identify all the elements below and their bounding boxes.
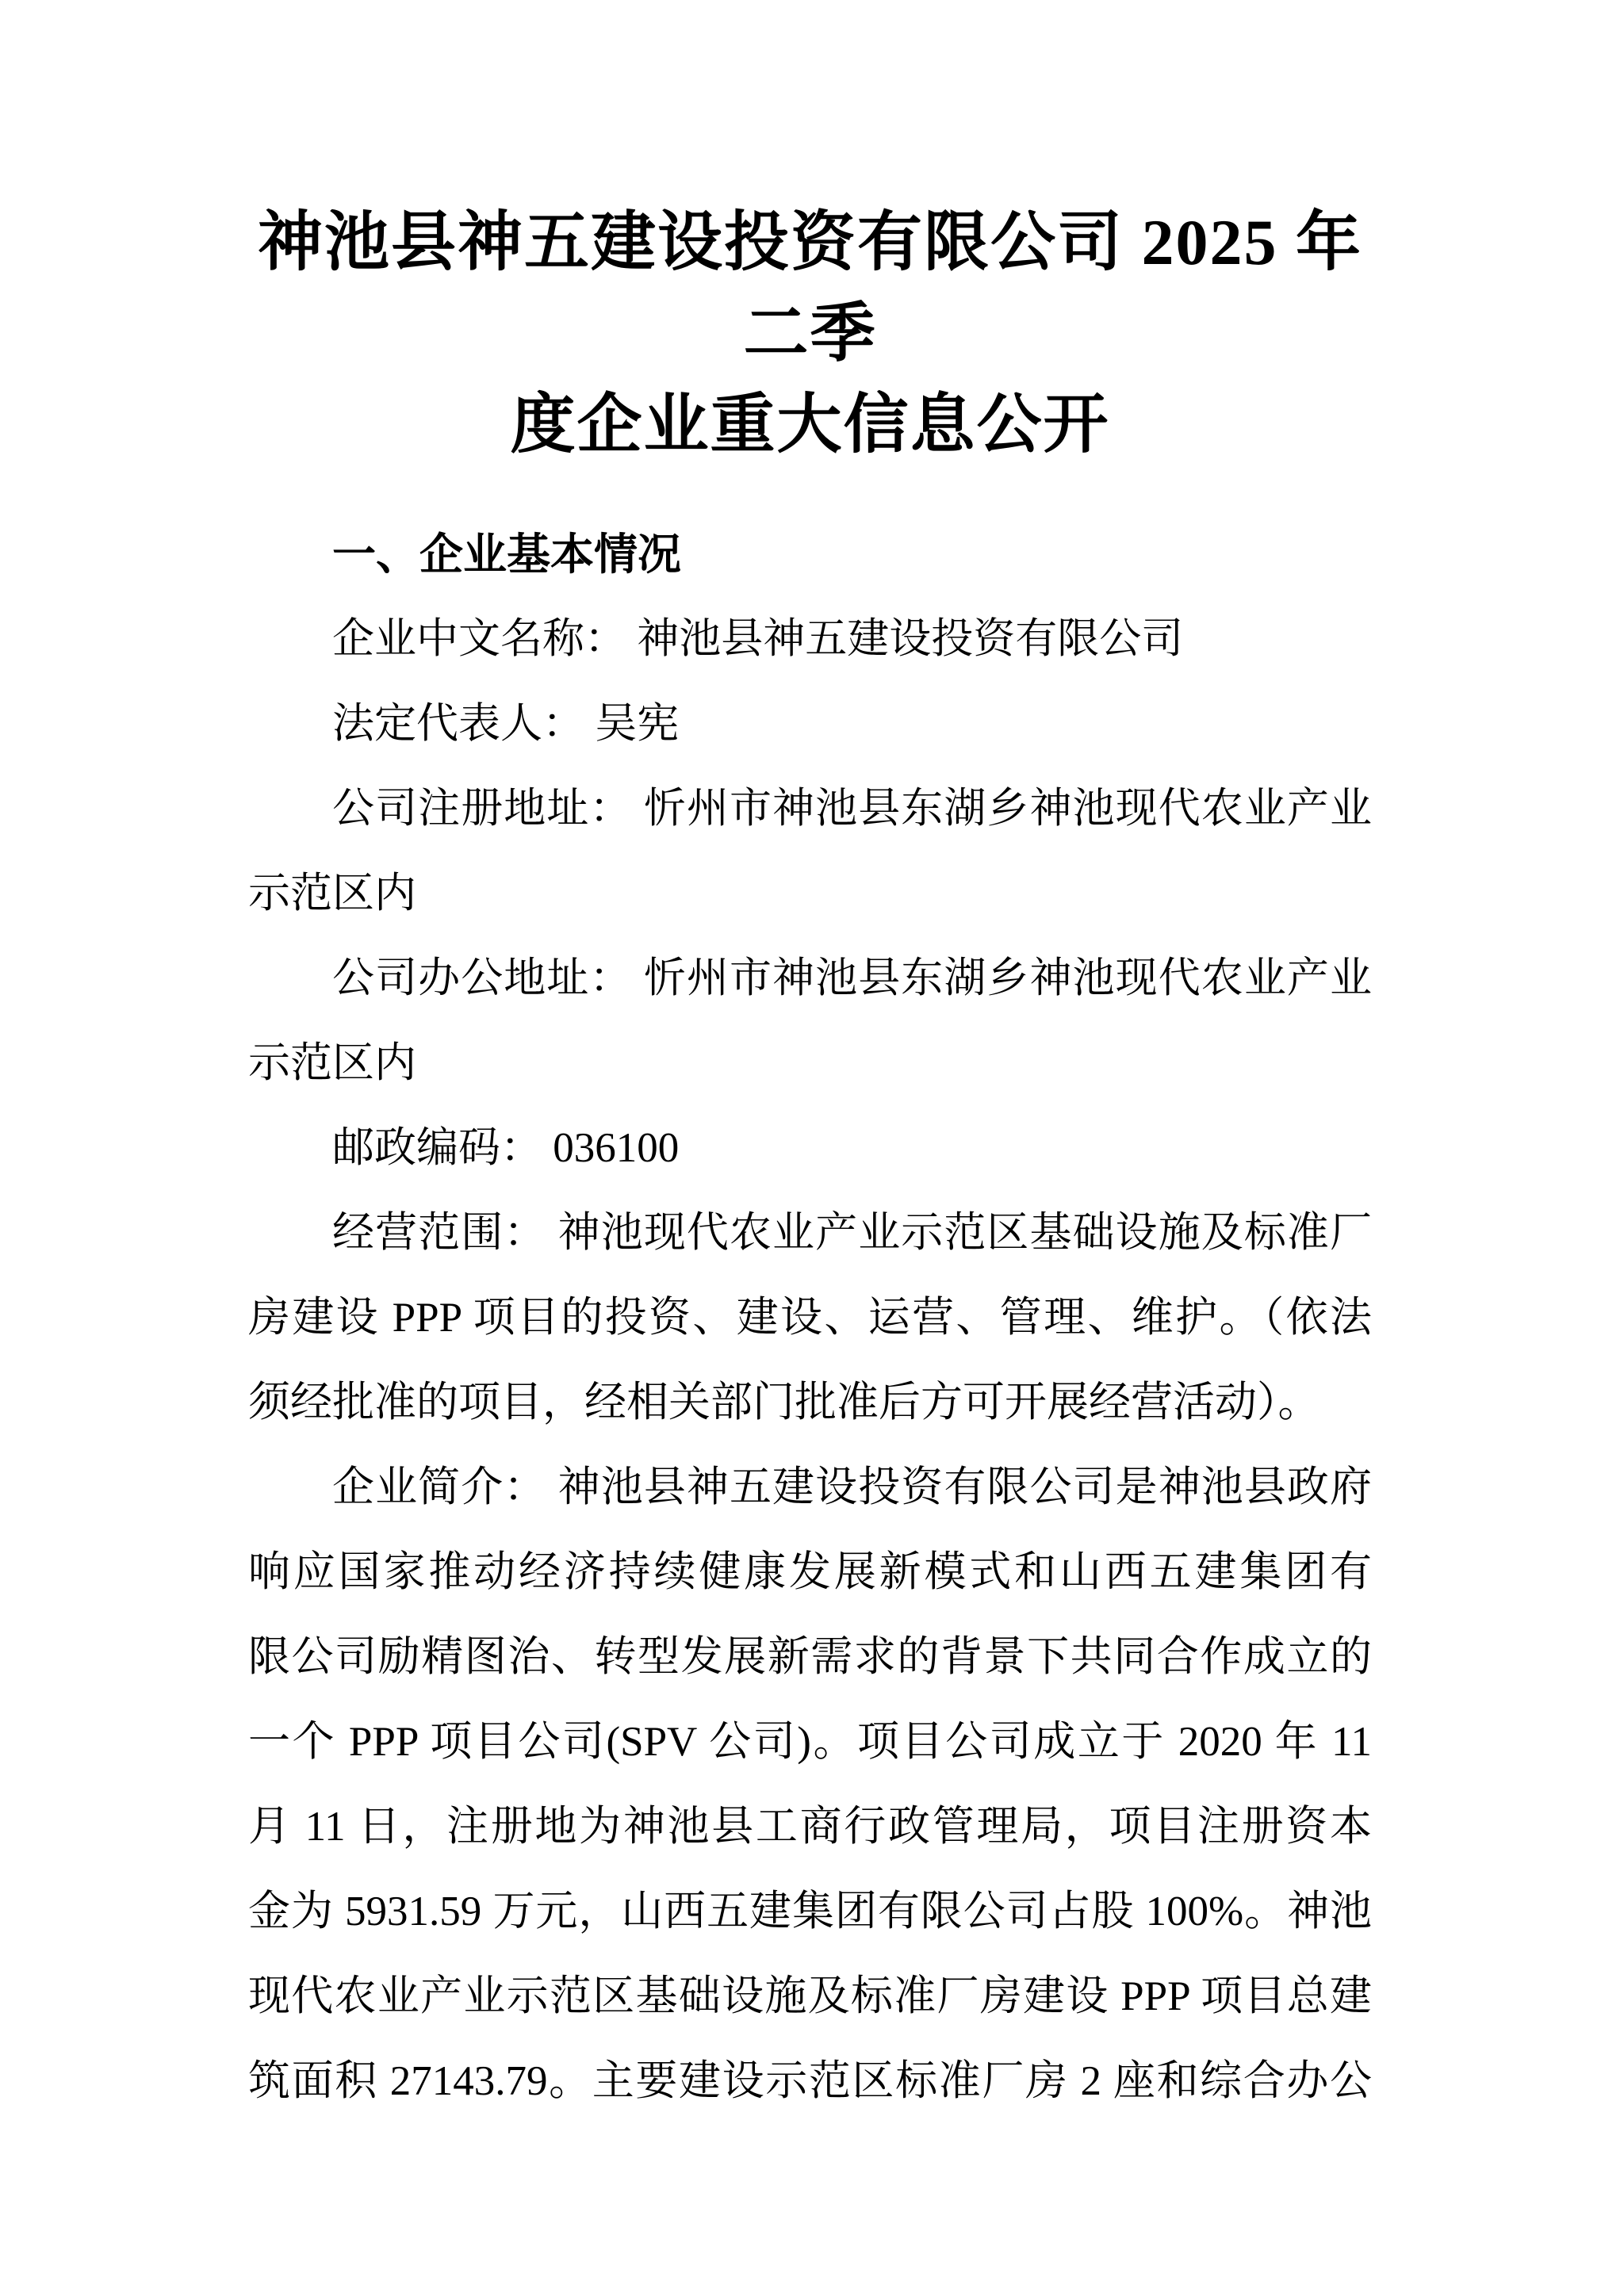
body-line: 公司办公地址： 忻州市神池县东湖乡神池现代农业产业 [248, 936, 1372, 1021]
document-content: 神池县神五建设投资有限公司 2025 年二季 度企业重大信息公开 一、企业基本情… [248, 0, 1372, 2124]
body-line: 示范区内 [248, 1021, 1372, 1106]
document-body: 企业中文名称： 神池县神五建设投资有限公司法定代表人： 吴宪公司注册地址： 忻州… [248, 597, 1372, 2124]
body-line: 房建设 PPP 项目的投资、建设、运营、管理、维护。（依法 [248, 1276, 1372, 1360]
body-line: 邮政编码： 036100 [248, 1106, 1372, 1191]
body-line: 响应国家推动经济持续健康发展新模式和山西五建集团有 [248, 1530, 1372, 1615]
document-title-line-2: 度企业重大信息公开 [248, 379, 1372, 470]
body-line: 企业中文名称： 神池县神五建设投资有限公司 [248, 597, 1372, 682]
body-line: 筑面积 27143.79。主要建设示范区标准厂房 2 座和综合办公 [248, 2039, 1372, 2124]
body-line: 须经批准的项目，经相关部门批准后方可开展经营活动）。 [248, 1360, 1372, 1445]
body-line: 示范区内 [248, 851, 1372, 936]
body-line: 现代农业产业示范区基础设施及标准厂房建设 PPP 项目总建 [248, 1954, 1372, 2039]
body-line: 企业简介： 神池县神五建设投资有限公司是神池县政府 [248, 1445, 1372, 1530]
document-title: 神池县神五建设投资有限公司 2025 年二季 度企业重大信息公开 [248, 197, 1372, 470]
document-title-line-1: 神池县神五建设投资有限公司 2025 年二季 [248, 197, 1372, 379]
body-line: 限公司励精图治、转型发展新需求的背景下共同合作成立的 [248, 1615, 1372, 1700]
section-heading-basic-info: 一、企业基本情况 [248, 512, 1372, 597]
body-line: 一个 PPP 项目公司(SPV 公司)。项目公司成立于 2020 年 11 [248, 1700, 1372, 1785]
body-line: 公司注册地址： 忻州市神池县东湖乡神池现代农业产业 [248, 767, 1372, 851]
document-page: 神池县神五建设投资有限公司 2025 年二季 度企业重大信息公开 一、企业基本情… [0, 0, 1624, 2296]
body-line: 法定代表人： 吴宪 [248, 682, 1372, 767]
body-line: 月 11 日，注册地为神池县工商行政管理局，项目注册资本 [248, 1785, 1372, 1869]
body-line: 金为 5931.59 万元，山西五建集团有限公司占股 100%。神池 [248, 1869, 1372, 1954]
body-line: 经营范围： 神池现代农业产业示范区基础设施及标准厂 [248, 1191, 1372, 1276]
